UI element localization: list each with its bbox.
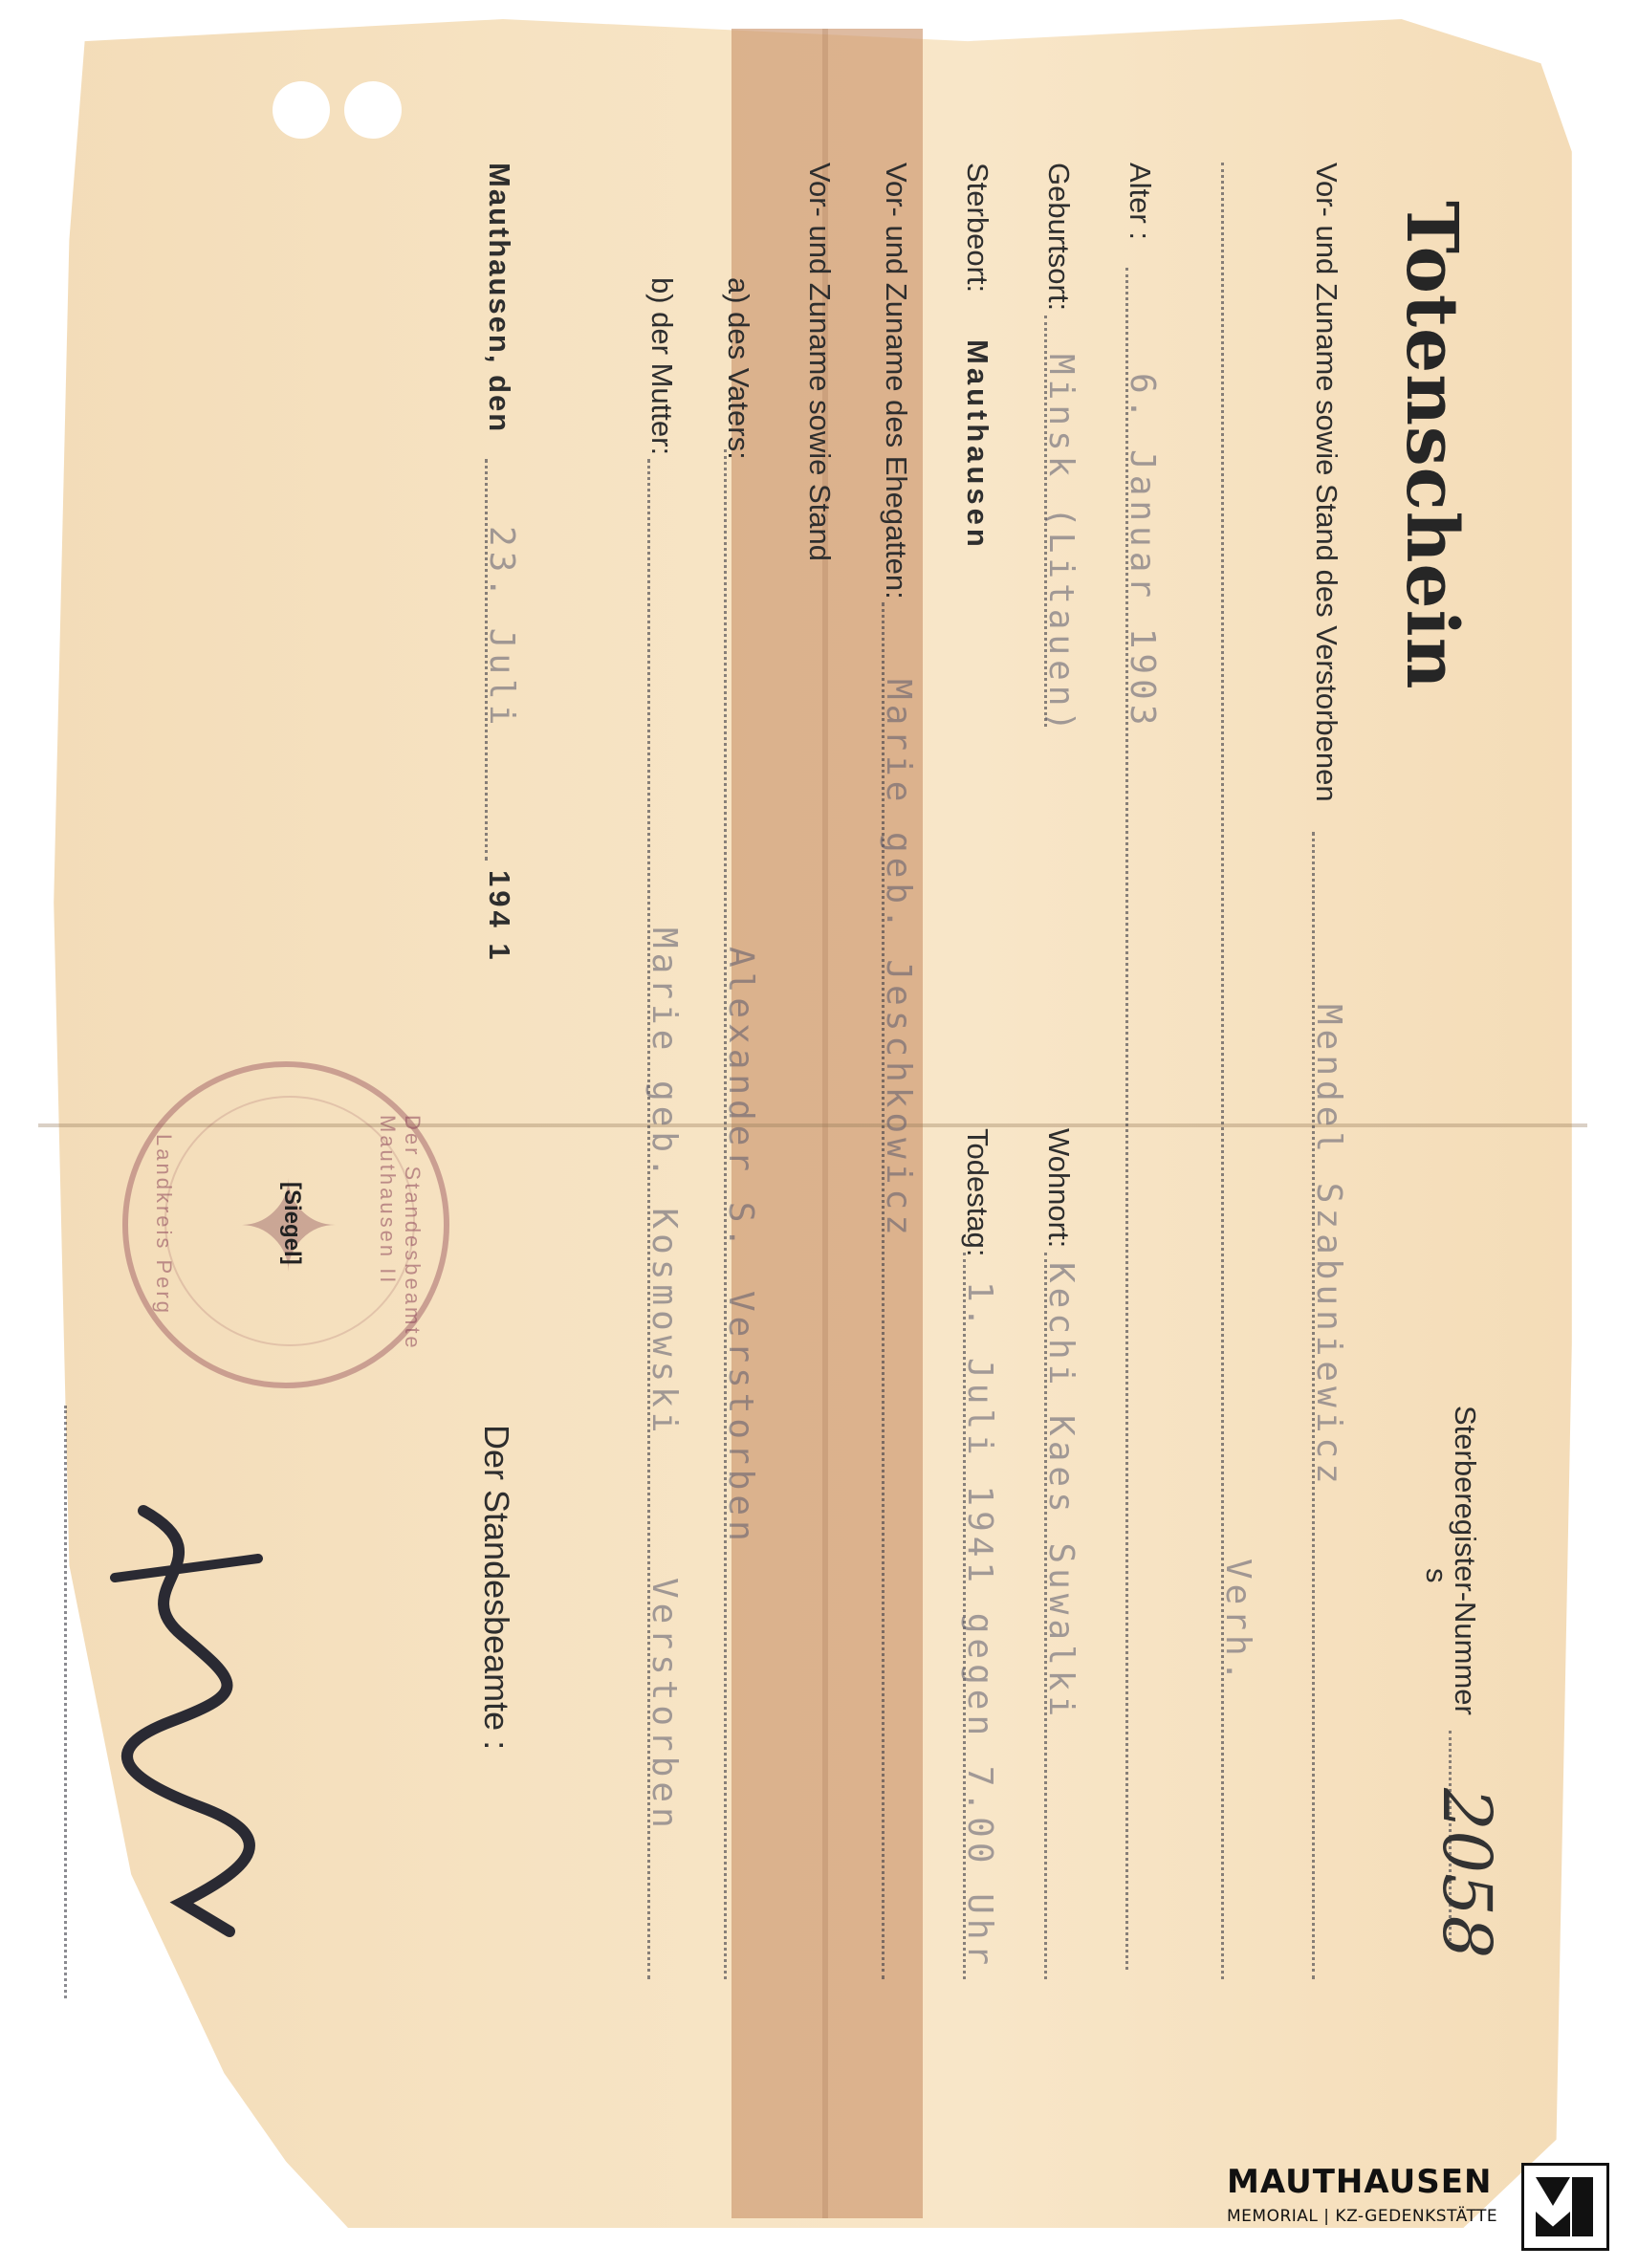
name-dots-2 [1221, 163, 1224, 1979]
father-label: a) des Vaters: [721, 277, 755, 460]
punch-hole [273, 81, 330, 139]
age-label: Alter : [1123, 163, 1157, 240]
register-label: Sterberegister-Nummer [1448, 1406, 1482, 1715]
registrar-label: Der Standesbeamte : [476, 1425, 516, 1750]
document-title: Totenschein [1390, 201, 1473, 690]
deathplace-value: Mauthausen [960, 339, 994, 551]
parents-label: Vor- und Zuname sowie Stand [802, 163, 837, 561]
deathday-value: 1. Juli 1941 gegen 7.00 Uhr [960, 1281, 999, 1970]
stamp-text-bottom: Landkreis Perg [151, 1134, 176, 1316]
deathday-label: Todestag: [960, 1128, 994, 1256]
place-date-label: Mauthausen, den [482, 163, 516, 433]
name-stand: Verh. [1218, 1559, 1257, 1686]
name-label: Vor- und Zuname sowie Stand des Verstorb… [1309, 163, 1343, 802]
birthplace-value: Minsk (Litauen) [1041, 354, 1081, 736]
spouse-label: Vor- und Zuname des Ehegatten: [879, 163, 913, 600]
father-status: Verstorben [721, 1291, 760, 1546]
spouse-value: Marie geb. Jeschkowicz [879, 679, 918, 1240]
official-stamp: Der Standesbeamte Mauthausen II ✦ [Siege… [122, 1061, 449, 1388]
logo-mark-icon [1521, 2163, 1609, 2251]
punch-hole [344, 81, 402, 139]
register-number: 2058 [1428, 1788, 1506, 1958]
logo-sub-text: MEMORIAL | KZ-GEDENKSTÄTTE [1227, 2207, 1497, 2226]
residence-value: Kechi Kaes Suwalki [1041, 1262, 1081, 1721]
stamp-text-top: Der Standesbeamte Mauthausen II [375, 1115, 425, 1383]
father-value: Alexander S. [721, 947, 760, 1253]
year-value: 194 1 [482, 870, 516, 964]
place-date-value: 23. Juli [482, 526, 521, 730]
mother-value: Marie geb. Kosmowski [644, 927, 684, 1437]
death-certificate: Totenschein s Sterberegister-Nummer 2058… [57, 163, 1473, 2218]
mother-label: b) der Mutter: [644, 277, 679, 455]
signature [105, 1501, 287, 1941]
mother-status: Verstorben [644, 1578, 684, 1833]
registrar-dots [64, 1406, 67, 1998]
name-value: Mendel Szabuniewicz [1309, 1004, 1348, 1489]
logo-notch [1536, 2212, 1570, 2236]
birthplace-label: Geburtsort: [1041, 163, 1076, 311]
seal-label: [Siegel] [278, 1182, 305, 1265]
logo-triangle [1536, 2177, 1570, 2206]
deathplace-label: Sterbeort: [960, 163, 994, 293]
age-value: 6. Januar 1903 [1123, 373, 1162, 730]
residence-label: Wohnort: [1041, 1128, 1076, 1248]
logo-main-text: MAUTHAUSEN [1227, 2163, 1492, 2201]
logo-bar [1572, 2177, 1593, 2236]
mauthausen-memorial-logo: MAUTHAUSEN MEMORIAL | KZ-GEDENKSTÄTTE [1227, 2163, 1609, 2241]
